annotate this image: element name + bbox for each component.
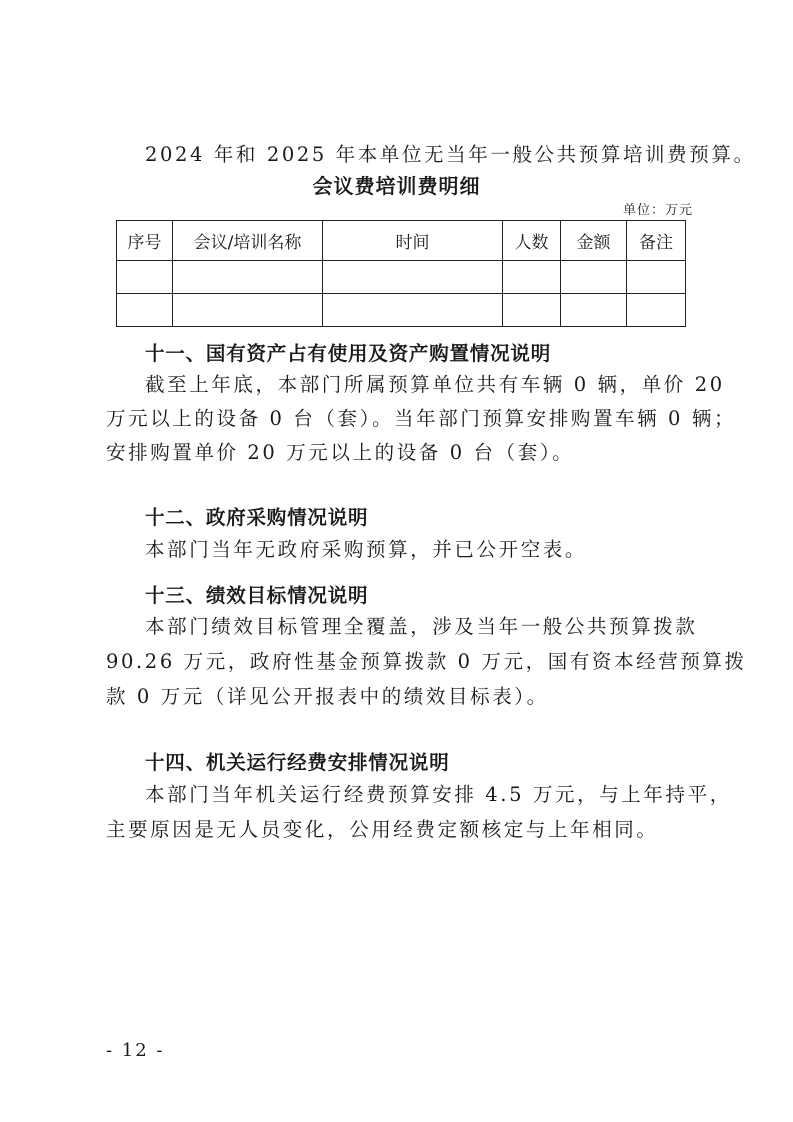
paragraph-line: 款 0 万元（详见公开报表中的绩效目标表）。 — [106, 680, 549, 714]
table-cell — [503, 261, 561, 294]
header-time: 时间 — [323, 221, 503, 261]
table-row — [117, 261, 686, 294]
table-row — [117, 294, 686, 327]
header-amount: 金额 — [561, 221, 627, 261]
table-cell — [323, 261, 503, 294]
table-cell — [173, 261, 323, 294]
section-heading-procurement: 十二、政府采购情况说明 — [145, 502, 368, 530]
table-cell — [627, 261, 686, 294]
section-heading-assets: 十一、国有资产占有使用及资产购置情况说明 — [145, 338, 551, 366]
paragraph-line: 本部门绩效目标管理全覆盖，涉及当年一般公共预算拨款 — [145, 610, 698, 644]
header-name: 会议/培训名称 — [173, 221, 323, 261]
table-header-row: 序号 会议/培训名称 时间 人数 金额 备注 — [117, 221, 686, 261]
page-number: - 12 - — [106, 1040, 165, 1061]
table-cell — [627, 294, 686, 327]
table-cell — [117, 261, 173, 294]
header-serial: 序号 — [117, 221, 173, 261]
table-cell — [117, 294, 173, 327]
paragraph-line: 万元以上的设备 0 台（套）。当年部门预算安排购置车辆 0 辆； — [106, 402, 736, 436]
paragraph-line: 本部门当年无政府采购预算，并已公开空表。 — [145, 533, 587, 567]
paragraph-line: 截至上年底，本部门所属预算单位共有车辆 0 辆，单价 20 — [145, 368, 725, 402]
table-cell — [173, 294, 323, 327]
paragraph-line: 主要原因是无人员变化，公用经费定额核定与上年相同。 — [106, 813, 659, 847]
table-cell — [323, 294, 503, 327]
intro-paragraph: 2024 年和 2025 年本单位无当年一般公共预算培训费预算。 — [145, 138, 756, 172]
table-title: 会议费培训费明细 — [0, 170, 793, 199]
paragraph-line: 本部门当年机关运行经费预算安排 4.5 万元，与上年持平， — [145, 778, 732, 812]
meeting-training-expense-table: 序号 会议/培训名称 时间 人数 金额 备注 — [116, 220, 686, 327]
table-cell — [503, 294, 561, 327]
header-remarks: 备注 — [627, 221, 686, 261]
section-heading-performance: 十三、绩效目标情况说明 — [145, 580, 368, 608]
paragraph-line: 安排购置单价 20 万元以上的设备 0 台（套）。 — [106, 436, 574, 470]
table-cell — [561, 294, 627, 327]
paragraph-line: 90.26 万元，政府性基金预算拨款 0 万元，国有资本经营预算拨 — [106, 645, 747, 679]
section-heading-operating-expenses: 十四、机关运行经费安排情况说明 — [145, 747, 450, 775]
table-cell — [561, 261, 627, 294]
header-count: 人数 — [503, 221, 561, 261]
unit-label: 单位：万元 — [623, 199, 693, 218]
